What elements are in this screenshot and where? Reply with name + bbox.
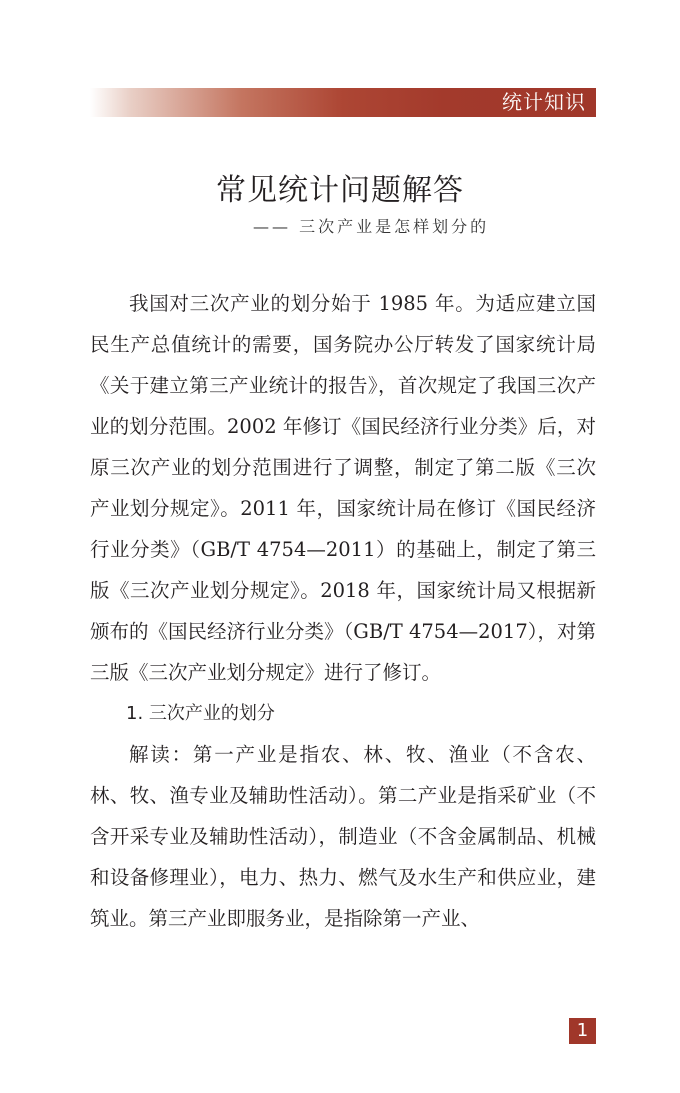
section-heading: 1. 三次产业的划分 <box>90 693 596 734</box>
article-body: 我国对三次产业的划分始于 1985 年。为适应建立国民生产总值统计的需要，国务院… <box>90 283 596 939</box>
article-subtitle: —— 三次产业是怎样划分的 <box>253 214 489 237</box>
section-paragraph: 解读：第一产业是指农、林、牧、渔业（不含农、林、牧、渔专业及辅助性活动）。第二产… <box>90 734 596 939</box>
article-title: 常见统计问题解答 <box>0 165 680 209</box>
section-header-band: 统计知识 <box>90 88 596 117</box>
page-number: 1 <box>569 1018 596 1044</box>
section-label: 统计知识 <box>502 88 586 117</box>
intro-paragraph: 我国对三次产业的划分始于 1985 年。为适应建立国民生产总值统计的需要，国务院… <box>90 283 596 693</box>
